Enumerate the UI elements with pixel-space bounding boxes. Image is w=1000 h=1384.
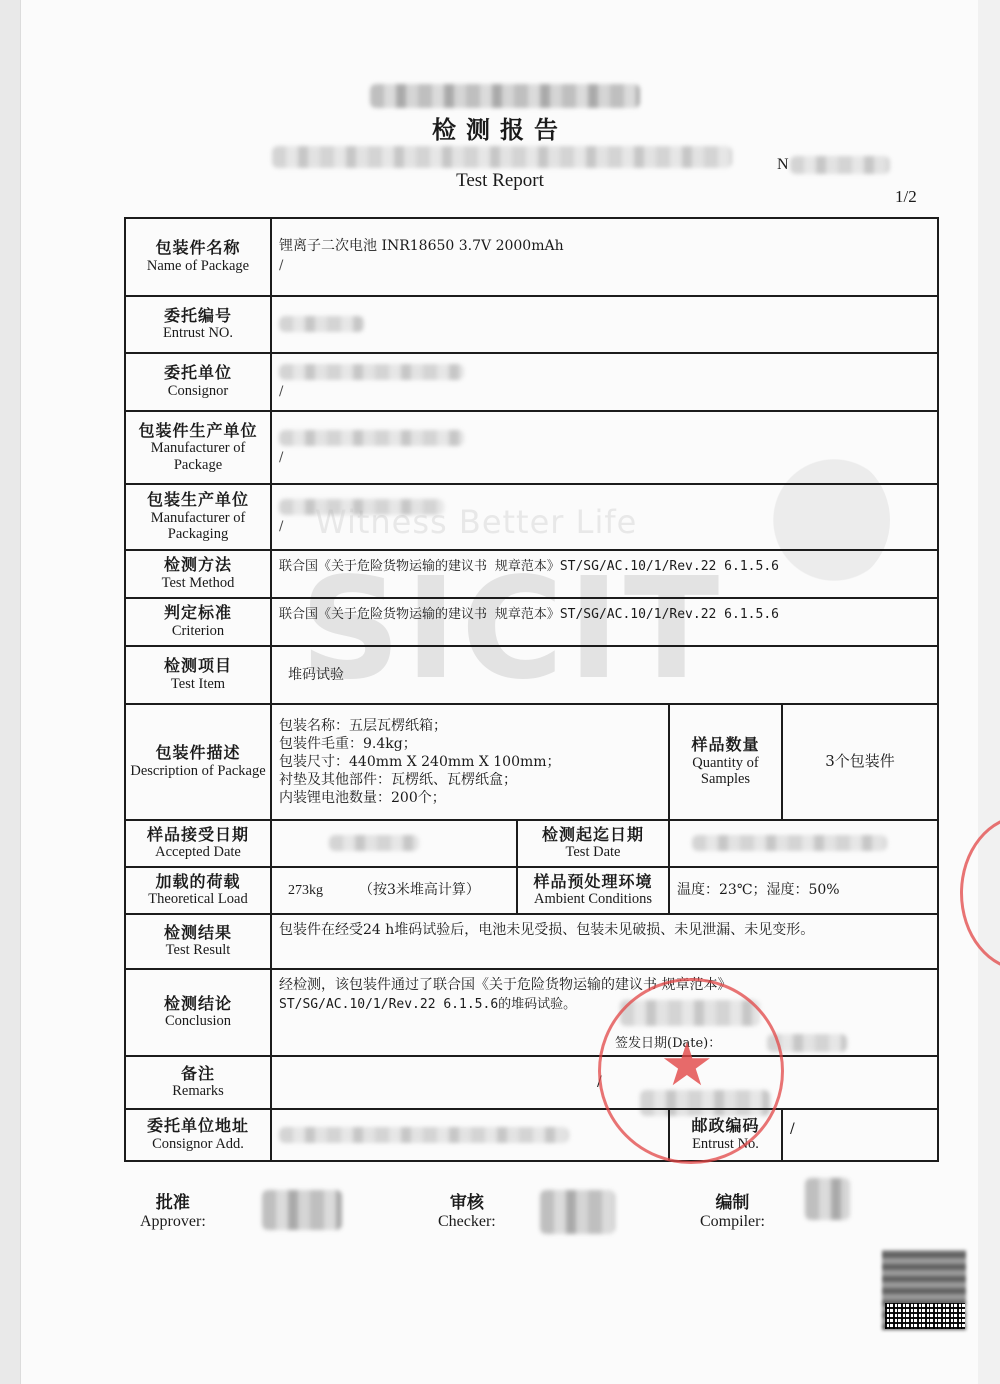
institute-name-cn-redacted: [370, 84, 640, 108]
row-consignor: 委托单位Consignor /: [125, 353, 938, 411]
manufacturer-package-redacted: [279, 430, 464, 446]
row-consignor-address: 委托单位地址Consignor Add. 邮政编码Entrust No. /: [125, 1109, 938, 1161]
approver-name-redacted: [262, 1190, 342, 1230]
report-title-cn: 检测报告: [0, 110, 1000, 145]
institute-name-en-redacted: [272, 146, 732, 168]
description-line: 包装名称：五层瓦楞纸箱；: [279, 717, 668, 735]
checker-signature: 审核 Checker:: [438, 1188, 496, 1231]
manufacturer-packaging-redacted: [279, 499, 444, 515]
ambient-value: 温度：23℃；湿度：50%: [677, 882, 840, 898]
description-line: 内装锂电池数量：200个；: [279, 789, 668, 807]
consignor-redacted: [279, 364, 464, 380]
consignor-address-redacted: [279, 1127, 569, 1143]
row-description: 包装件描述Description of Package 包装名称：五层瓦楞纸箱；…: [125, 704, 938, 820]
conclusion-line2: ST/SG/AC.10/1/Rev.22 6.1.5.6的堆码试验。: [279, 995, 937, 1014]
row-remarks: 备注Remarks /: [125, 1056, 938, 1109]
row-criterion: 判定标准Criterion 联合国《关于危险货物运输的建议书 规章范本》ST/S…: [125, 598, 938, 646]
conclusion-line1: 经检测，该包装件通过了联合国《关于危险货物运输的建议书 规章范本》: [279, 976, 937, 995]
accepted-date-redacted: [329, 835, 419, 851]
quantity-value: 3个包装件: [825, 752, 895, 770]
description-line: 包装件毛重：9.4kg；: [279, 735, 668, 753]
row-test-item: 检测项目Test Item 堆码试验: [125, 646, 938, 704]
stamp-star-icon: ★: [660, 1030, 714, 1100]
approver-signature: 批准 Approver:: [140, 1188, 206, 1231]
row-entrust-no: 委托编号Entrust NO.: [125, 296, 938, 353]
row-package-name: 包装件名称Name of Package 锂离子二次电池 INR18650 3.…: [125, 218, 938, 296]
page-indicator: 1/2: [895, 187, 917, 207]
checker-name-redacted: [540, 1190, 615, 1234]
row-manufacturer-package: 包装件生产单位Manufacturer of Package /: [125, 411, 938, 484]
entrust-no-redacted: [279, 316, 364, 332]
test-date-redacted: [692, 835, 887, 851]
row-load-ambient: 加载的荷载Theoretical Load 273kg（按3米堆高计算） 样品预…: [125, 867, 938, 914]
description-lines: 包装名称：五层瓦楞纸箱；包装件毛重：9.4kg；包装尺寸：440mm X 240…: [279, 717, 668, 807]
row-manufacturer-packaging: 包装生产单位Manufacturer of Packaging /: [125, 484, 938, 550]
description-line: 包装尺寸：440mm X 240mm X 100mm；: [279, 753, 668, 771]
criterion-value: 联合国《关于危险货物运输的建议书 规章范本》ST/SG/AC.10/1/Rev.…: [279, 607, 779, 622]
postal-code-value: /: [790, 1121, 795, 1137]
test-method-value: 联合国《关于危险货物运输的建议书 规章范本》ST/SG/AC.10/1/Rev.…: [279, 559, 779, 574]
row-test-method: 检测方法Test Method 联合国《关于危险货物运输的建议书 规章范本》ST…: [125, 550, 938, 598]
row-test-result: 检测结果Test Result 包装件在经受24 h堆码试验后，电池未见受损、包…: [125, 914, 938, 969]
compiler-name-redacted: [805, 1178, 850, 1220]
report-table: 包装件名称Name of Package 锂离子二次电池 INR18650 3.…: [124, 217, 939, 1162]
test-result-value: 包装件在经受24 h堆码试验后，电池未见受损、包装未见破损、未见泄漏、未见变形。: [279, 922, 814, 938]
row-dates: 样品接受日期Accepted Date 检测起迄日期Test Date: [125, 820, 938, 867]
report-number: N: [777, 156, 789, 174]
scrollbar-track[interactable]: [978, 0, 1000, 1384]
load-note: （按3米堆高计算）: [359, 882, 480, 898]
test-item-value: 堆码试验: [288, 667, 344, 683]
load-value: 273kg: [288, 883, 323, 898]
report-number-redacted: [790, 156, 890, 174]
row-conclusion: 检测结论Conclusion 经检测，该包装件通过了联合国《关于危险货物运输的建…: [125, 969, 938, 1056]
package-name-value: 锂离子二次电池 INR18650 3.7V 2000mAh: [279, 238, 564, 254]
qr-code-icon: [885, 1303, 965, 1329]
compiler-signature: 编制 Compiler:: [700, 1188, 765, 1231]
description-line: 衬垫及其他部件：瓦楞纸、瓦楞纸盒；: [279, 771, 668, 789]
